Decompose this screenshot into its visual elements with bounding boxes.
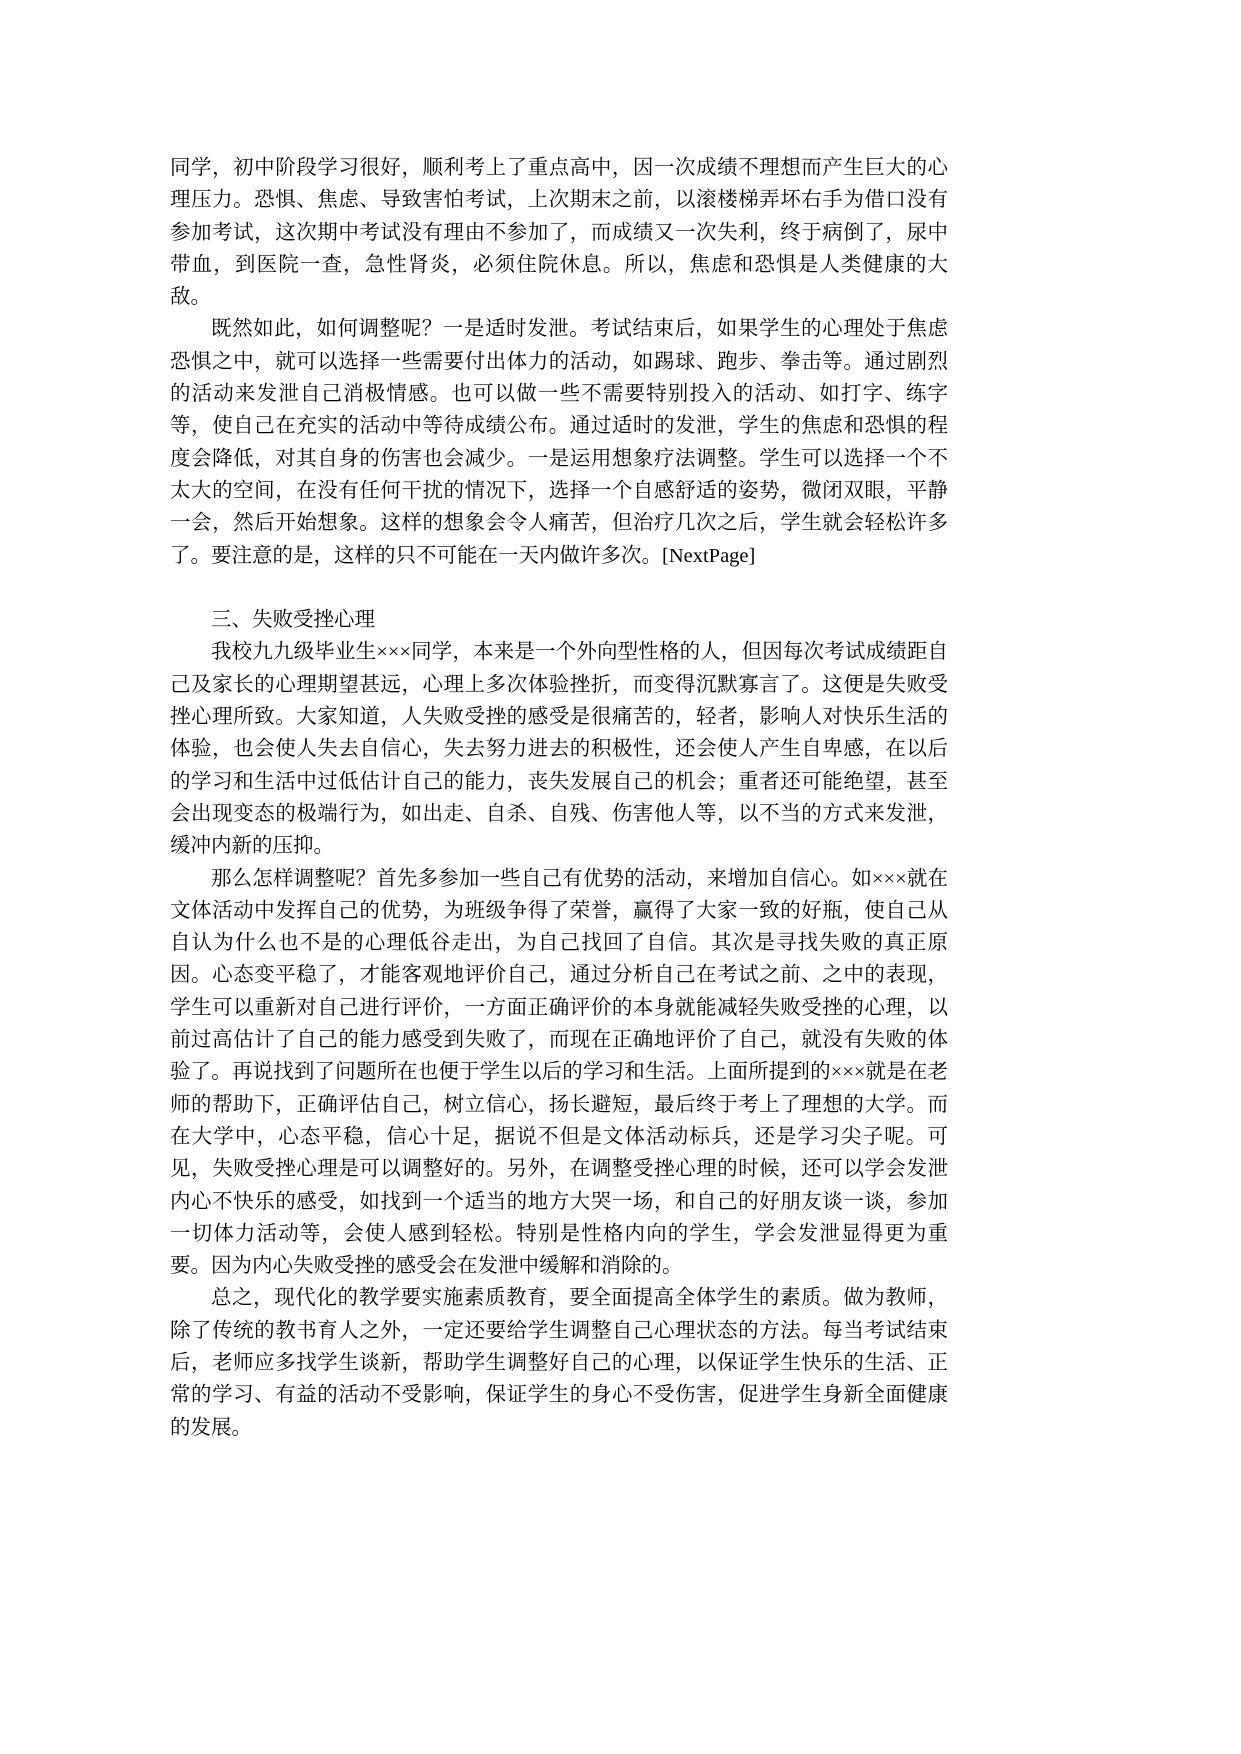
paragraph-conclusion: 总之，现代化的教学要实施素质教育，要全面提高全体学生的素质。做为教师，除了传统的… [170,1282,948,1443]
document-page: 同学，初中阶段学习很好，顺利考上了重点高中，因一次成绩不理想而产生巨大的心理压力… [0,0,1241,1754]
paragraph-frustration-example: 我校九九级毕业生×××同学，本来是一个外向型性格的人，但因每次考试成绩距自己及家… [170,636,948,862]
section-heading: 三、失败受挫心理 [170,604,948,636]
paragraph-frustration-adjust: 那么怎样调整呢？首先多参加一些自己有优势的活动，来增加自信心。如×××就在文体活… [170,863,948,1283]
text-block: 同学，初中阶段学习很好，顺利考上了重点高中，因一次成绩不理想而产生巨大的心理压力… [170,152,948,1444]
paragraph-continuation: 同学，初中阶段学习很好，顺利考上了重点高中，因一次成绩不理想而产生巨大的心理压力… [170,152,948,313]
paragraph-adjust-methods: 既然如此，如何调整呢？一是适时发泄。考试结束后，如果学生的心理处于焦虑恐惧之中，… [170,313,948,571]
blank-line [170,572,948,604]
